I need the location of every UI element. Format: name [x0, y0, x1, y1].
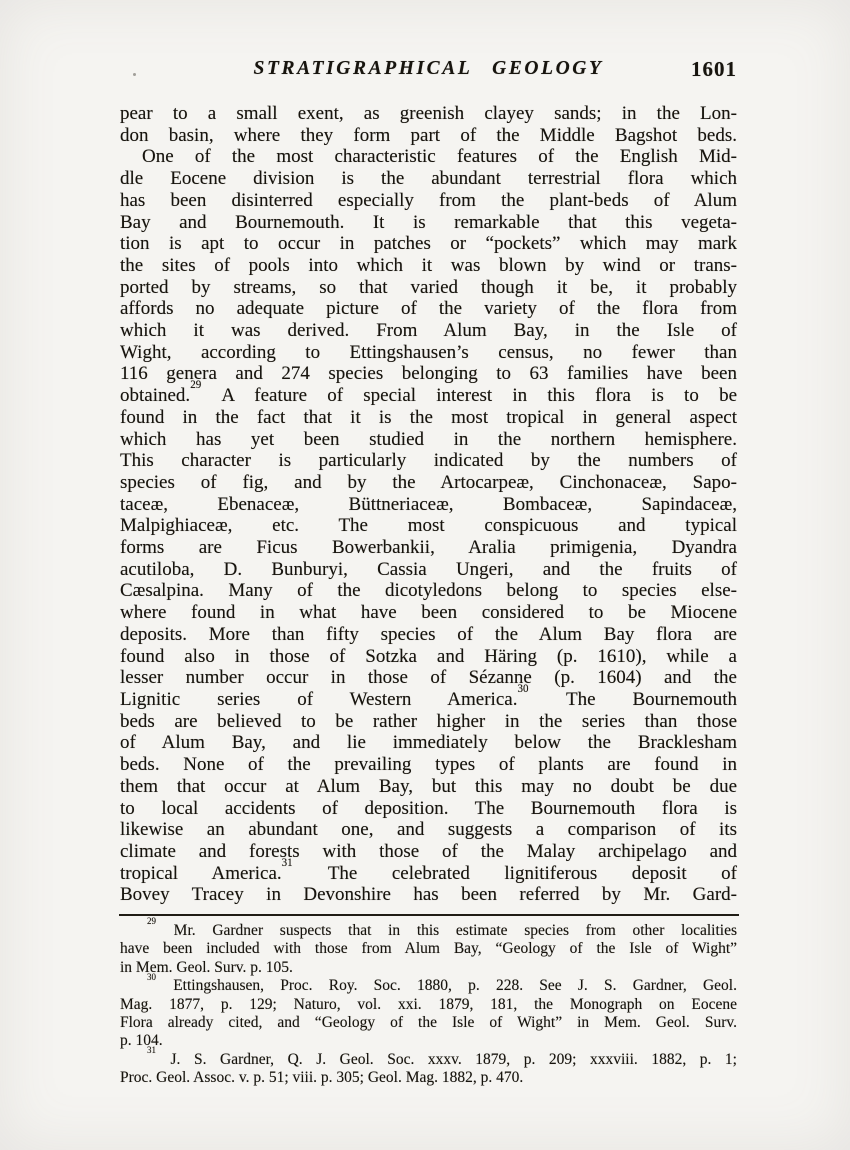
footnote-marker: 31	[282, 857, 293, 869]
text-line: of Alum Bay, and lie immediately below t…	[120, 732, 737, 754]
text-line: which it was derived. From Alum Bay, in …	[120, 320, 737, 342]
footnote-marker: 31	[147, 1045, 156, 1055]
text-line: Bay and Bournemouth. It is remarkable th…	[120, 212, 737, 234]
text-line: Wight, according to Ettingshausen’s cens…	[120, 342, 737, 364]
text-line: taceæ, Ebenaceæ, Büttneriaceæ, Bombaceæ,…	[120, 494, 737, 516]
text-line: found also in those of Sotzka and Häring…	[120, 646, 737, 668]
footnote-marker: 30	[517, 683, 528, 695]
text-line: them that occur at Alum Bay, but this ma…	[120, 776, 737, 798]
text-line: dle Eocene division is the abundant terr…	[120, 168, 737, 190]
footnote-line: 30 Ettingshausen, Proc. Roy. Soc. 1880, …	[120, 977, 737, 995]
text-line: ported by streams, so that varied though…	[120, 277, 737, 299]
text-line: where found in what have been considered…	[120, 602, 737, 624]
text-line: beds are believed to be rather higher in…	[120, 711, 737, 733]
footnote-marker: 29	[147, 916, 156, 926]
footnotes: 29 Mr. Gardner suspects that in this est…	[120, 922, 737, 1088]
footnote-marker: 29	[190, 379, 201, 391]
footnote-line: Proc. Geol. Assoc. v. p. 51; viii. p. 30…	[120, 1069, 737, 1087]
text-line: This character is particularly indicated…	[120, 450, 737, 472]
text-line: beds. None of the prevailing types of pl…	[120, 754, 737, 776]
text-line: Bovey Tracey in Devonshire has been refe…	[120, 884, 737, 906]
text-line: don basin, where they form part of the M…	[120, 125, 737, 147]
text-line: which has yet been studied in the northe…	[120, 429, 737, 451]
text-line: obtained.29 A feature of special interes…	[120, 385, 737, 407]
text-line: has been disinterred especially from the…	[120, 190, 737, 212]
page-title: STRATIGRAPHICAL GEOLOGY	[120, 58, 737, 80]
text-line: to local accidents of deposition. The Bo…	[120, 798, 737, 820]
text-line: Lignitic series of Western America.30 Th…	[120, 689, 737, 711]
footnote-line: have been included with those from Alum …	[120, 940, 737, 958]
body-text: pear to a small exent, as greenish claye…	[120, 103, 737, 906]
text-line: lesser number occur in those of Sézanne …	[120, 667, 737, 689]
text-line: One of the most characteristic features …	[120, 146, 737, 168]
text-line: pear to a small exent, as greenish claye…	[120, 103, 737, 125]
text-line: climate and forests with those of the Ma…	[120, 841, 737, 863]
footnote-marker: 30	[147, 972, 156, 982]
text-line: Malpighiaceæ, etc. The most conspicuous …	[120, 515, 737, 537]
text-line: the sites of pools into which it was blo…	[120, 255, 737, 277]
footnote-line: in Mem. Geol. Surv. p. 105.	[120, 959, 737, 977]
text-line: tion is apt to occur in patches or “pock…	[120, 233, 737, 255]
page-number: 1601	[691, 57, 737, 82]
footnote-line: p. 104.	[120, 1032, 737, 1050]
footnote-rule	[119, 914, 739, 916]
footnote-line: Flora already cited, and “Geology of the…	[120, 1014, 737, 1032]
text-line: affords no adequate picture of the varie…	[120, 298, 737, 320]
text-line: acutiloba, D. Bunburyi, Cassia Ungeri, a…	[120, 559, 737, 581]
running-head: STRATIGRAPHICAL GEOLOGY 1601	[120, 58, 737, 84]
footnote-line: Mag. 1877, p. 129; Naturo, vol. xxi. 187…	[120, 996, 737, 1014]
text-line: forms are Ficus Bowerbankii, Aralia prim…	[120, 537, 737, 559]
book-page: STRATIGRAPHICAL GEOLOGY 1601 pear to a s…	[0, 0, 850, 1150]
footnote-line: 31 J. S. Gardner, Q. J. Geol. Soc. xxxv.…	[120, 1051, 737, 1069]
text-line: species of fig, and by the Artocarpeæ, C…	[120, 472, 737, 494]
text-line: tropical America.31 The celebrated ligni…	[120, 863, 737, 885]
text-line: likewise an abundant one, and suggests a…	[120, 819, 737, 841]
text-line: found in the fact that it is the most tr…	[120, 407, 737, 429]
text-line: Cæsalpina. Many of the dicotyledons belo…	[120, 580, 737, 602]
footnote-line: 29 Mr. Gardner suspects that in this est…	[120, 922, 737, 940]
text-line: 116 genera and 274 species belonging to …	[120, 363, 737, 385]
text-line: deposits. More than fifty species of the…	[120, 624, 737, 646]
